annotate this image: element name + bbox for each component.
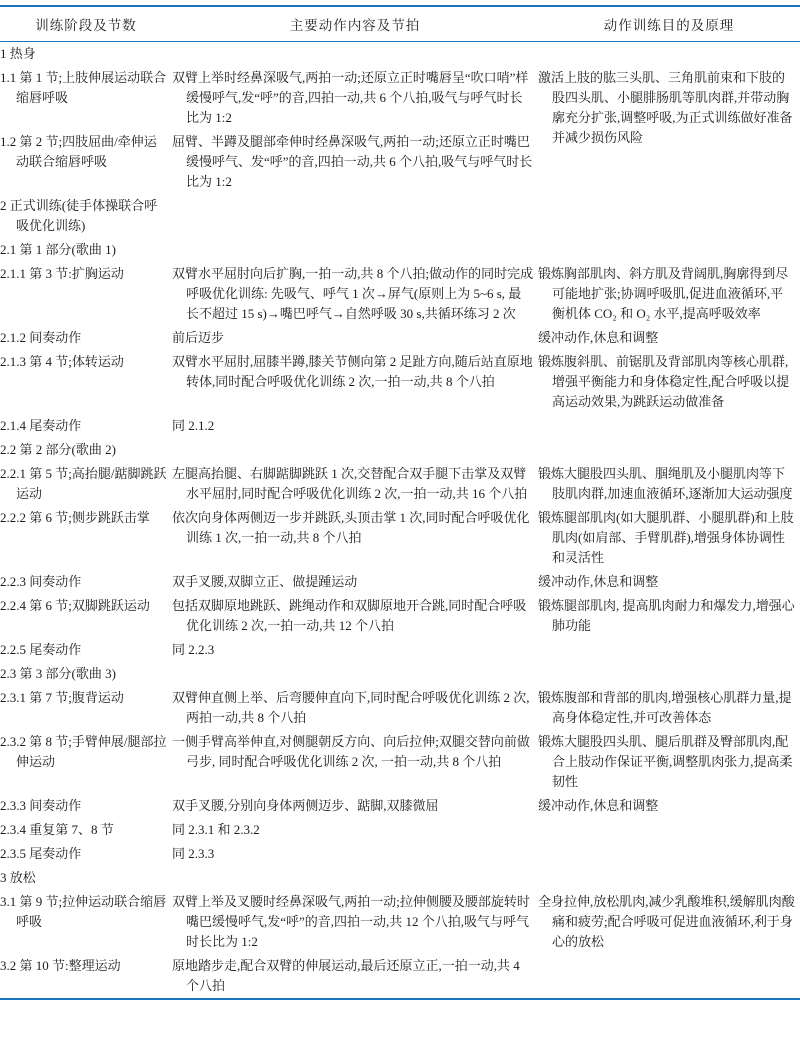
purpose-cell-text: 全身拉伸,放松肌肉,减少乳酸堆积,缓解肌肉酸痛和疲劳;配合呼吸可促进血液循环,利… [538,892,796,952]
phase-cell: 2.1.3 第 4 节;体转运动 [0,350,172,414]
content-cell: 双臂伸直侧上举、后弯腰伸直向下,同时配合呼吸优化训练 2 次,两拍一动,共 8 … [172,686,538,730]
content-cell: 左腿高抬腿、右脚踮脚跳跃 1 次,交替配合双手腿下击掌及双臂水平屈肘,同时配合呼… [172,462,538,506]
phase-cell: 3.1 第 9 节;拉伸运动联合缩唇呼吸 [0,890,172,954]
phase-cell-text: 2.2.4 第 6 节;双脚跳跃运动 [0,596,168,616]
phase-cell: 2.2 第 2 部分(歌曲 2) [0,438,172,462]
phase-cell-text: 2.3 第 3 部分(歌曲 3) [0,664,168,684]
phase-cell: 2.1.4 尾奏动作 [0,414,172,438]
phase-cell-text: 2.2.1 第 5 节;高抬腿/踮脚跳跃运动 [0,464,168,504]
content-cell-text: 左腿高抬腿、右脚踮脚跳跃 1 次,交替配合双手腿下击掌及双臂水平屈肘,同时配合呼… [172,464,534,504]
content-cell [172,662,538,686]
purpose-cell [538,438,800,462]
phase-cell-text: 2.1.1 第 3 节:扩胸运动 [0,264,168,284]
phase-cell: 2.2.2 第 6 节;侧步跳跃击掌 [0,506,172,570]
content-cell-text: 同 2.1.2 [172,416,534,436]
purpose-cell: 全身拉伸,放松肌肉,减少乳酸堆积,缓解肌肉酸痛和疲劳;配合呼吸可促进血液循环,利… [538,890,800,954]
purpose-cell [538,638,800,662]
purpose-cell-text: 锻炼腹斜肌、前锯肌及背部肌肉等核心肌群,增强平衡能力和身体稳定性,配合呼吸以提高… [538,352,796,412]
purpose-cell-text: 激活上肢的肱三头肌、三角肌前束和下肢的股四头肌、小腿腓肠肌等肌肉群,并带动胸廓充… [538,68,796,148]
content-cell-text: 包括双脚原地跳跃、跳绳动作和双脚原地开合跳,同时配合呼吸优化训练 2 次,一拍一… [172,596,534,636]
content-cell [172,438,538,462]
phase-cell-text: 3.2 第 10 节:整理运动 [0,956,168,976]
training-program-table-wrap: 训练阶段及节数 主要动作内容及节拍 动作训练目的及原理 1 热身1.1 第 1 … [0,0,800,1000]
content-cell: 同 2.2.3 [172,638,538,662]
purpose-cell [538,954,800,999]
content-cell-text: 双臂伸直侧上举、后弯腰伸直向下,同时配合呼吸优化训练 2 次,两拍一动,共 8 … [172,688,534,728]
purpose-cell-text: 缓冲动作,休息和调整 [538,572,796,592]
content-cell-text: 屈臂、半蹲及腿部牵伸时经鼻深吸气,两拍一动;还原立正时嘴巴缓慢呼气、发“呼”的音… [172,132,534,192]
content-cell-text: 同 2.2.3 [172,640,534,660]
content-cell-text: 原地踏步走,配合双臂的伸展运动,最后还原立正,一拍一动,共 4 个八拍 [172,956,534,996]
phase-cell: 2.1.2 间奏动作 [0,326,172,350]
phase-cell: 2.1 第 1 部分(歌曲 1) [0,238,172,262]
phase-cell-text: 2.3.1 第 7 节;腹背运动 [0,688,168,708]
header-row: 训练阶段及节数 主要动作内容及节拍 动作训练目的及原理 [0,6,800,42]
phase-cell: 2.2.5 尾奏动作 [0,638,172,662]
content-cell: 双臂水平屈肘向后扩胸,一拍一动,共 8 个八拍;做动作的同时完成呼吸优化训练: … [172,262,538,326]
content-cell [172,194,538,238]
purpose-cell-text: 锻炼腿部肌肉, 提高肌肉耐力和爆发力,增强心肺功能 [538,596,796,636]
table-row: 2.3.2 第 8 节;手臂伸展/腿部拉伸运动一侧手臂高举伸直,对侧腿朝反方向、… [0,730,800,794]
content-cell-text: 双臂上举时经鼻深吸气,两拍一动;还原立正时嘴唇呈“吹口哨”样缓慢呼气,发“呼”的… [172,68,534,128]
purpose-cell: 缓冲动作,休息和调整 [538,326,800,350]
phase-cell: 2 正式训练(徒手体操联合呼吸优化训练) [0,194,172,238]
phase-cell-text: 2.3.4 重复第 7、8 节 [0,820,168,840]
purpose-cell: 缓冲动作,休息和调整 [538,794,800,818]
phase-cell-text: 2.1.3 第 4 节;体转运动 [0,352,168,372]
purpose-cell [538,414,800,438]
purpose-cell: 锻炼腹部和背部的肌肉,增强核心肌群力量,提高身体稳定性,并可改善体态 [538,686,800,730]
purpose-cell-text: 缓冲动作,休息和调整 [538,328,796,348]
content-cell-text: 双臂水平屈肘向后扩胸,一拍一动,共 8 个八拍;做动作的同时完成呼吸优化训练: … [172,264,534,324]
table-row: 2.1.1 第 3 节:扩胸运动双臂水平屈肘向后扩胸,一拍一动,共 8 个八拍;… [0,262,800,326]
content-cell-text: 双臂水平屈肘,屈膝半蹲,膝关节侧向第 2 足趾方向,随后站直原地转体,同时配合呼… [172,352,534,392]
table-row: 2.1.3 第 4 节;体转运动双臂水平屈肘,屈膝半蹲,膝关节侧向第 2 足趾方… [0,350,800,414]
table-row: 2.3.1 第 7 节;腹背运动双臂伸直侧上举、后弯腰伸直向下,同时配合呼吸优化… [0,686,800,730]
phase-cell-text: 2.1.4 尾奏动作 [0,416,168,436]
phase-cell-text: 2.2.2 第 6 节;侧步跳跃击掌 [0,508,168,528]
table-row: 2.3.4 重复第 7、8 节同 2.3.1 和 2.3.2 [0,818,800,842]
purpose-cell-text: 缓冲动作,休息和调整 [538,796,796,816]
table-row: 2.2.2 第 6 节;侧步跳跃击掌依次向身体两侧迈一步并跳跃,头顶击掌 1 次… [0,506,800,570]
content-cell-text: 同 2.3.3 [172,844,534,864]
phase-cell-text: 2.1.2 间奏动作 [0,328,168,348]
purpose-cell-text: 锻炼腹部和背部的肌肉,增强核心肌群力量,提高身体稳定性,并可改善体态 [538,688,796,728]
table-row: 2.3 第 3 部分(歌曲 3) [0,662,800,686]
table-row: 2.2 第 2 部分(歌曲 2) [0,438,800,462]
phase-cell: 2.3 第 3 部分(歌曲 3) [0,662,172,686]
content-cell-text: 双手叉腰,双脚立正、做提踵运动 [172,572,534,592]
phase-cell-text: 1.1 第 1 节;上肢伸展运动联合缩唇呼吸 [0,68,168,108]
table-row: 2.3.3 间奏动作双手叉腰,分别向身体两侧迈步、踮脚,双膝微屈缓冲动作,休息和… [0,794,800,818]
phase-cell: 2.2.3 间奏动作 [0,570,172,594]
table-row: 1 热身 [0,42,800,67]
table-body: 1 热身1.1 第 1 节;上肢伸展运动联合缩唇呼吸双臂上举时经鼻深吸气,两拍一… [0,42,800,1000]
content-cell: 屈臂、半蹲及腿部牵伸时经鼻深吸气,两拍一动;还原立正时嘴巴缓慢呼气、发“呼”的音… [172,130,538,194]
phase-cell: 3.2 第 10 节:整理运动 [0,954,172,999]
content-cell [172,42,538,67]
phase-cell: 1.2 第 2 节;四肢屈曲/牵伸运动联合缩唇呼吸 [0,130,172,194]
purpose-cell-text: 锻炼胸部肌肉、斜方肌及背阔肌,胸廓得到尽可能地扩张;协调呼吸肌,促进血液循环,平… [538,264,796,324]
column-header-purpose: 动作训练目的及原理 [538,6,800,42]
content-cell: 双臂上举时经鼻深吸气,两拍一动;还原立正时嘴唇呈“吹口哨”样缓慢呼气,发“呼”的… [172,66,538,130]
content-cell-text: 双臂上举及叉腰时经鼻深吸气,两拍一动;拉伸侧腰及腰部旋转时嘴巴缓慢呼气,发“呼”… [172,892,534,952]
content-cell: 同 2.1.2 [172,414,538,438]
table-row: 2.2.4 第 6 节;双脚跳跃运动包括双脚原地跳跃、跳绳动作和双脚原地开合跳,… [0,594,800,638]
purpose-cell [538,194,800,238]
table-row: 2.1.2 间奏动作前后迈步缓冲动作,休息和调整 [0,326,800,350]
purpose-cell: 锻炼大腿股四头肌、腿后肌群及臀部肌肉,配合上肢动作保证平衡,调整肌肉张力,提高柔… [538,730,800,794]
content-cell [172,866,538,890]
content-cell: 双臂上举及叉腰时经鼻深吸气,两拍一动;拉伸侧腰及腰部旋转时嘴巴缓慢呼气,发“呼”… [172,890,538,954]
purpose-cell: 激活上肢的肱三头肌、三角肌前束和下肢的股四头肌、小腿腓肠肌等肌肉群,并带动胸廓充… [538,66,800,194]
table-row: 2.1 第 1 部分(歌曲 1) [0,238,800,262]
phase-cell: 2.2.1 第 5 节;高抬腿/踮脚跳跃运动 [0,462,172,506]
purpose-cell: 锻炼腿部肌肉, 提高肌肉耐力和爆发力,增强心肺功能 [538,594,800,638]
content-cell-text: 前后迈步 [172,328,534,348]
phase-cell-text: 2 正式训练(徒手体操联合呼吸优化训练) [0,196,168,236]
content-cell [172,238,538,262]
table-row: 3.1 第 9 节;拉伸运动联合缩唇呼吸双臂上举及叉腰时经鼻深吸气,两拍一动;拉… [0,890,800,954]
purpose-cell [538,662,800,686]
phase-cell: 2.2.4 第 6 节;双脚跳跃运动 [0,594,172,638]
phase-cell: 2.3.3 间奏动作 [0,794,172,818]
table-row: 2.3.5 尾奏动作同 2.3.3 [0,842,800,866]
purpose-cell-text: 锻炼大腿股四头肌、腿后肌群及臀部肌肉,配合上肢动作保证平衡,调整肌肉张力,提高柔… [538,732,796,792]
table-row: 2.2.5 尾奏动作同 2.2.3 [0,638,800,662]
table-row: 1.1 第 1 节;上肢伸展运动联合缩唇呼吸双臂上举时经鼻深吸气,两拍一动;还原… [0,66,800,130]
phase-cell-text: 2.1 第 1 部分(歌曲 1) [0,240,168,260]
column-header-content: 主要动作内容及节拍 [172,6,538,42]
content-cell: 原地踏步走,配合双臂的伸展运动,最后还原立正,一拍一动,共 4 个八拍 [172,954,538,999]
phase-cell: 1.1 第 1 节;上肢伸展运动联合缩唇呼吸 [0,66,172,130]
training-program-table: 训练阶段及节数 主要动作内容及节拍 动作训练目的及原理 1 热身1.1 第 1 … [0,5,800,1000]
content-cell: 同 2.3.1 和 2.3.2 [172,818,538,842]
phase-cell: 3 放松 [0,866,172,890]
content-cell: 双手叉腰,分别向身体两侧迈步、踮脚,双膝微屈 [172,794,538,818]
phase-cell-text: 2.2.3 间奏动作 [0,572,168,592]
table-header: 训练阶段及节数 主要动作内容及节拍 动作训练目的及原理 [0,6,800,42]
table-row: 2.2.3 间奏动作双手叉腰,双脚立正、做提踵运动缓冲动作,休息和调整 [0,570,800,594]
purpose-cell: 锻炼胸部肌肉、斜方肌及背阔肌,胸廓得到尽可能地扩张;协调呼吸肌,促进血液循环,平… [538,262,800,326]
phase-cell-text: 3 放松 [0,868,168,888]
purpose-cell [538,42,800,67]
phase-cell-text: 2.2 第 2 部分(歌曲 2) [0,440,168,460]
phase-cell: 2.3.2 第 8 节;手臂伸展/腿部拉伸运动 [0,730,172,794]
phase-cell-text: 3.1 第 9 节;拉伸运动联合缩唇呼吸 [0,892,168,932]
content-cell: 双臂水平屈肘,屈膝半蹲,膝关节侧向第 2 足趾方向,随后站直原地转体,同时配合呼… [172,350,538,414]
content-cell: 一侧手臂高举伸直,对侧腿朝反方向、向后拉伸;双腿交替向前做弓步, 同时配合呼吸优… [172,730,538,794]
purpose-cell [538,818,800,842]
purpose-cell: 锻炼腿部肌肉(如大腿肌群、小腿肌群)和上肢肌肉(如肩部、手臂肌群),增强身体协调… [538,506,800,570]
content-cell-text: 依次向身体两侧迈一步并跳跃,头顶击掌 1 次,同时配合呼吸优化训练 1 次,一拍… [172,508,534,548]
phase-cell-text: 2.3.3 间奏动作 [0,796,168,816]
purpose-cell-text: 锻炼大腿股四头肌、腘绳肌及小腿肌肉等下肢肌肉群,加速血液循环,逐渐加大运动强度 [538,464,796,504]
column-header-phase: 训练阶段及节数 [0,6,172,42]
purpose-cell [538,866,800,890]
table-row: 2.1.4 尾奏动作同 2.1.2 [0,414,800,438]
content-cell-text: 双手叉腰,分别向身体两侧迈步、踮脚,双膝微屈 [172,796,534,816]
phase-cell: 2.1.1 第 3 节:扩胸运动 [0,262,172,326]
phase-cell: 2.3.5 尾奏动作 [0,842,172,866]
table-row: 2 正式训练(徒手体操联合呼吸优化训练) [0,194,800,238]
phase-cell: 2.3.1 第 7 节;腹背运动 [0,686,172,730]
purpose-cell [538,238,800,262]
table-row: 2.2.1 第 5 节;高抬腿/踮脚跳跃运动左腿高抬腿、右脚踮脚跳跃 1 次,交… [0,462,800,506]
content-cell-text: 一侧手臂高举伸直,对侧腿朝反方向、向后拉伸;双腿交替向前做弓步, 同时配合呼吸优… [172,732,534,772]
purpose-cell: 锻炼腹斜肌、前锯肌及背部肌肉等核心肌群,增强平衡能力和身体稳定性,配合呼吸以提高… [538,350,800,414]
purpose-cell-text: 锻炼腿部肌肉(如大腿肌群、小腿肌群)和上肢肌肉(如肩部、手臂肌群),增强身体协调… [538,508,796,568]
phase-cell-text: 1 热身 [0,44,168,64]
content-cell-text: 同 2.3.1 和 2.3.2 [172,820,534,840]
table-row: 3 放松 [0,866,800,890]
content-cell: 前后迈步 [172,326,538,350]
phase-cell: 1 热身 [0,42,172,67]
table-row: 3.2 第 10 节:整理运动原地踏步走,配合双臂的伸展运动,最后还原立正,一拍… [0,954,800,999]
content-cell: 包括双脚原地跳跃、跳绳动作和双脚原地开合跳,同时配合呼吸优化训练 2 次,一拍一… [172,594,538,638]
purpose-cell: 缓冲动作,休息和调整 [538,570,800,594]
phase-cell-text: 1.2 第 2 节;四肢屈曲/牵伸运动联合缩唇呼吸 [0,132,168,172]
content-cell: 双手叉腰,双脚立正、做提踵运动 [172,570,538,594]
phase-cell: 2.3.4 重复第 7、8 节 [0,818,172,842]
purpose-cell: 锻炼大腿股四头肌、腘绳肌及小腿肌肉等下肢肌肉群,加速血液循环,逐渐加大运动强度 [538,462,800,506]
phase-cell-text: 2.3.5 尾奏动作 [0,844,168,864]
content-cell: 依次向身体两侧迈一步并跳跃,头顶击掌 1 次,同时配合呼吸优化训练 1 次,一拍… [172,506,538,570]
content-cell: 同 2.3.3 [172,842,538,866]
phase-cell-text: 2.2.5 尾奏动作 [0,640,168,660]
phase-cell-text: 2.3.2 第 8 节;手臂伸展/腿部拉伸运动 [0,732,168,772]
purpose-cell [538,842,800,866]
